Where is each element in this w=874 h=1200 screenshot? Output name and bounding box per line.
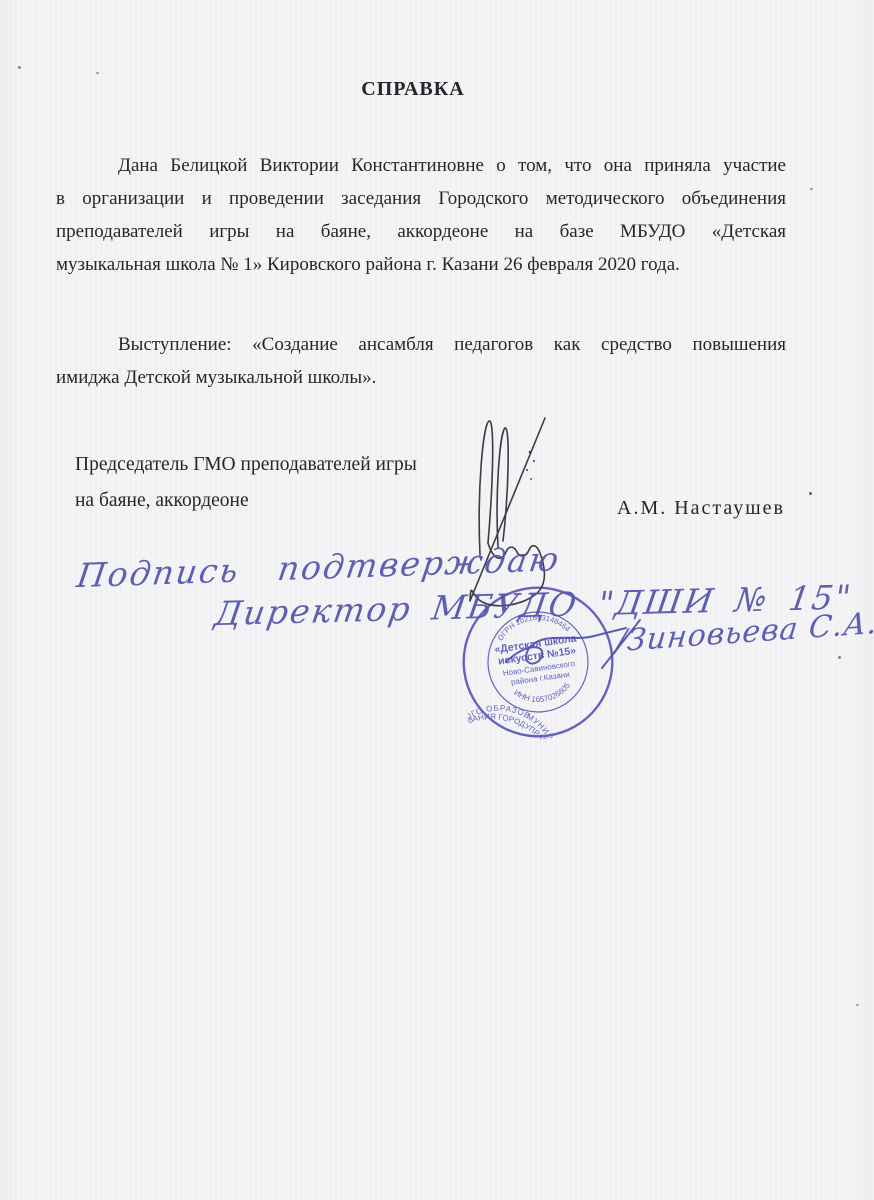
signature-stroke	[479, 421, 508, 555]
paper-speck	[18, 66, 21, 69]
paper-speck	[96, 72, 99, 74]
paper-speck	[838, 656, 841, 659]
signature-position-line-2: на баяне, аккордеоне	[75, 483, 249, 518]
document-title: СПРАВКА	[0, 78, 826, 101]
paragraph-1: Дана Белицкой Виктории Константиновне о …	[56, 149, 786, 281]
paragraph-2: Выступление: «Создание ансамбля педагого…	[56, 328, 786, 394]
signatory-name: А.М. Настаушев	[617, 497, 785, 520]
text-line: музыкальная школа № 1» Кировского района…	[56, 248, 786, 281]
text-line: имиджа Детской музыкальной школы».	[56, 361, 786, 394]
document-page: СПРАВКА Дана Белицкой Виктории Константи…	[0, 0, 874, 1200]
signature-position-line-1: Председатель ГМО преподавателей игры	[75, 447, 417, 482]
flourish-stroke	[506, 628, 626, 664]
text-line: в организации и проведении заседания Гор…	[56, 182, 786, 215]
paper-speck	[810, 188, 813, 190]
text-line: Дана Белицкой Виктории Константиновне о …	[56, 149, 786, 182]
paper-speck	[809, 492, 812, 495]
text-line: Выступление: «Создание ансамбля педагого…	[56, 328, 786, 361]
paper-speck	[856, 1004, 859, 1006]
text-line: преподавателей игры на баяне, аккордеоне…	[56, 215, 786, 248]
